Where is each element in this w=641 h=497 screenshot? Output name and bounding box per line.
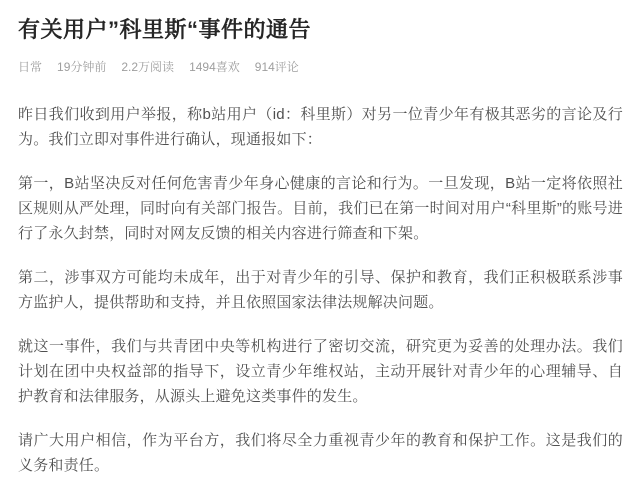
article-meta: 日常 19分钟前 2.2万阅读 1494喜欢 914评论	[18, 59, 623, 75]
publish-time: 19分钟前	[57, 59, 106, 75]
article-body: 昨日我们收到用户举报，称b站用户（id：科里斯）对另一位青少年有极其恶劣的言论及…	[18, 102, 623, 478]
read-count: 2.2万阅读	[121, 59, 174, 75]
comment-count: 914评论	[255, 59, 299, 75]
like-count: 1494喜欢	[189, 59, 240, 75]
paragraph-measure-guardians: 第二，涉事双方可能均未成年，出于对青少年的引导、保护和教育，我们正积极联系涉事方…	[18, 265, 623, 315]
paragraph-intro: 昨日我们收到用户举报，称b站用户（id：科里斯）对另一位青少年有极其恶劣的言论及…	[18, 102, 623, 152]
category-label: 日常	[18, 59, 42, 75]
page-title: 有关用户”科里斯“事件的通告	[18, 14, 623, 46]
paragraph-closing: 请广大用户相信，作为平台方，我们将尽全力重视青少年的教育和保护工作。这是我们的义…	[18, 428, 623, 478]
paragraph-measure-account-ban: 第一，B站坚决反对任何危害青少年身心健康的言论和行为。一旦发现，B站一定将依照社…	[18, 171, 623, 246]
announcement-page: 有关用户”科里斯“事件的通告 日常 19分钟前 2.2万阅读 1494喜欢 91…	[0, 0, 641, 497]
paragraph-cooperation-plan: 就这一事件，我们与共青团中央等机构进行了密切交流，研究更为妥善的处理办法。我们计…	[18, 334, 623, 409]
